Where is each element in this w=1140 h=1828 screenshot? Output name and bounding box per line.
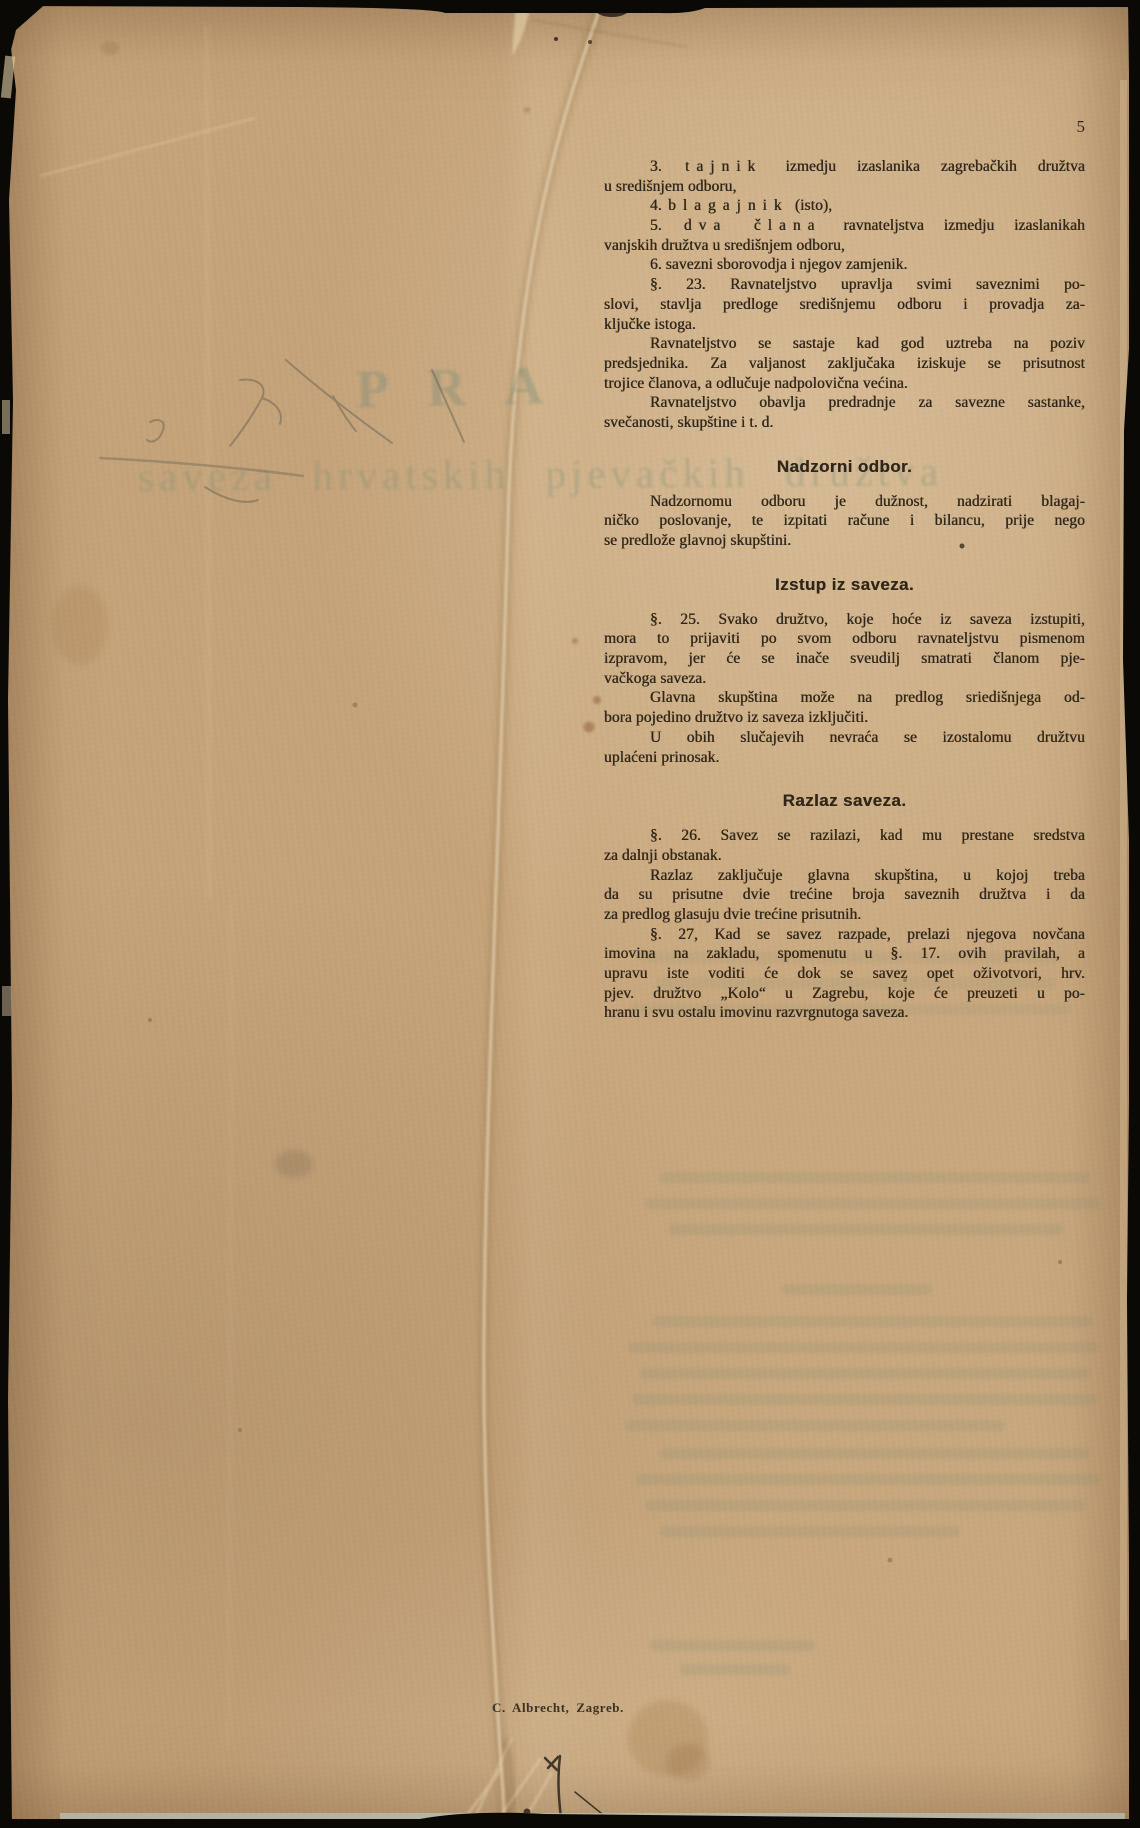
bleedthrough-line [632, 1394, 1097, 1405]
bleedthrough-title-letters: PRA [355, 354, 581, 421]
scanned-document-page: PRA saveza hrvatskih pjevačkih družtva [0, 0, 1140, 1828]
text-line: u središnjem odboru, [604, 177, 1085, 197]
text-line: ničko poslovanje, te izpitati račune i b… [604, 511, 1085, 531]
text-line: izpravom, jer će se inače sveudilj smatr… [604, 649, 1085, 669]
text-line: §. 26. Savez se razilazi, kad mu prestan… [604, 826, 1085, 846]
section-heading-razlaz-saveza: Razlaz saveza. [604, 791, 1085, 811]
list-item-line: 3. tajnik izmedju izaslanika zagrebačkih… [604, 157, 1085, 177]
text-line: pjev. družtvo „Kolo“ u Zagrebu, koje će … [604, 984, 1085, 1004]
text-line: Ravnateljstvo obavlja predradnje za save… [604, 393, 1085, 413]
text-line: §. 23. Ravnateljstvo upravlja svimi save… [604, 275, 1085, 295]
emphasized-word: dva člana [684, 217, 822, 234]
bleedthrough-line [628, 1342, 1098, 1353]
text-line: Nadzornomu odboru je dužnost, nadzirati … [604, 492, 1085, 512]
bleedthrough-line [645, 1500, 1085, 1511]
text-line: U obih slučajevih nevraća se izostalomu … [604, 728, 1085, 748]
bleedthrough-line [660, 1448, 1090, 1459]
text-line: trojice članova, a odlučuje nadpolovična… [604, 374, 1085, 394]
text-line: Glavna skupština može na predlog sriediš… [604, 688, 1085, 708]
text-line: hranu i svu ostalu imovinu razvrgnutoga … [604, 1003, 1085, 1023]
bleedthrough-line [668, 1224, 1063, 1235]
bleedthrough-line [660, 1526, 960, 1537]
text-line: svečanosti, skupštine i t. d. [604, 413, 1085, 433]
emphasized-word: tajnik [685, 158, 762, 175]
text-line: imovina na zakladu, spomenutu u §. 17. o… [604, 944, 1085, 964]
bleedthrough-line [625, 1420, 1005, 1431]
item-number: 3. [650, 158, 662, 175]
text-line: da su prisutne dvie trećine broja savezn… [604, 885, 1085, 905]
bleedthrough-line [645, 1198, 1100, 1209]
text-line: za predlog glasuju dvie trećine prisutni… [604, 905, 1085, 925]
text-line: uplaćeni prinosak. [604, 748, 1085, 768]
line-text: izmedju izaslanika zagrebačkih družtva [785, 158, 1085, 175]
emphasized-word: blagajnik [668, 197, 788, 214]
page-number: 5 [604, 117, 1085, 137]
text-line: mora to prijaviti po svom odboru ravnate… [604, 629, 1085, 649]
list-item-line: 6. savezni sborovodja i njegov zamjenik. [604, 255, 1085, 275]
text-line: za dalnji obstanak. [604, 846, 1085, 866]
text-line: ključke istoga. [604, 315, 1085, 335]
text-line: §. 25. Svako družtvo, koje hoće iz savez… [604, 610, 1085, 630]
printer-imprint: C. Albrecht, Zagreb. [492, 1700, 624, 1716]
text-line: Razlaz zaključuje glavna skupština, u ko… [604, 866, 1085, 886]
text-line: Ravnateljstvo se sastaje kad god uztreba… [604, 334, 1085, 354]
text-line: vačkoga saveza. [604, 669, 1085, 689]
item-number: 4. [650, 197, 662, 214]
bleedthrough-line [650, 1640, 815, 1651]
list-item-line: 5. dva člana ravnateljstva izmedju izasl… [604, 216, 1085, 236]
bleedthrough-line [782, 1284, 932, 1295]
text-line: vanjskih družtva u središnjem odboru, [604, 236, 1085, 256]
line-text: (isto), [795, 197, 832, 214]
text-line: bora pojedino družtvo iz saveza izključi… [604, 708, 1085, 728]
section-heading-izstup-iz-saveza: Izstup iz saveza. [604, 575, 1085, 595]
text-line: predsjednika. Za valjanost zaključaka iz… [604, 354, 1085, 374]
bleedthrough-line [680, 1664, 790, 1675]
bleedthrough-line [635, 1474, 1100, 1485]
text-column: 3. tajnik izmedju izaslanika zagrebačkih… [604, 157, 1085, 1023]
section-heading-nadzorni-odbor: Nadzorni odbor. [604, 457, 1085, 477]
item-number: 5. [650, 217, 662, 234]
bleedthrough-line [660, 1172, 1090, 1183]
bleedthrough-line [652, 1316, 1092, 1327]
text-line: se predlože glavnoj skupštini. [604, 531, 1085, 551]
line-text: ravnateljstva izmedju izaslanikah [844, 217, 1085, 234]
text-line: upravu iste voditi će dok se savez opet … [604, 964, 1085, 984]
text-line: §. 27, Kad se savez razpade, prelazi nje… [604, 925, 1085, 945]
bleedthrough-line [640, 1368, 1090, 1379]
list-item-line: 4. blagajnik (isto), [604, 196, 1085, 216]
text-line: slovi, stavlja predloge središnjemu odbo… [604, 295, 1085, 315]
